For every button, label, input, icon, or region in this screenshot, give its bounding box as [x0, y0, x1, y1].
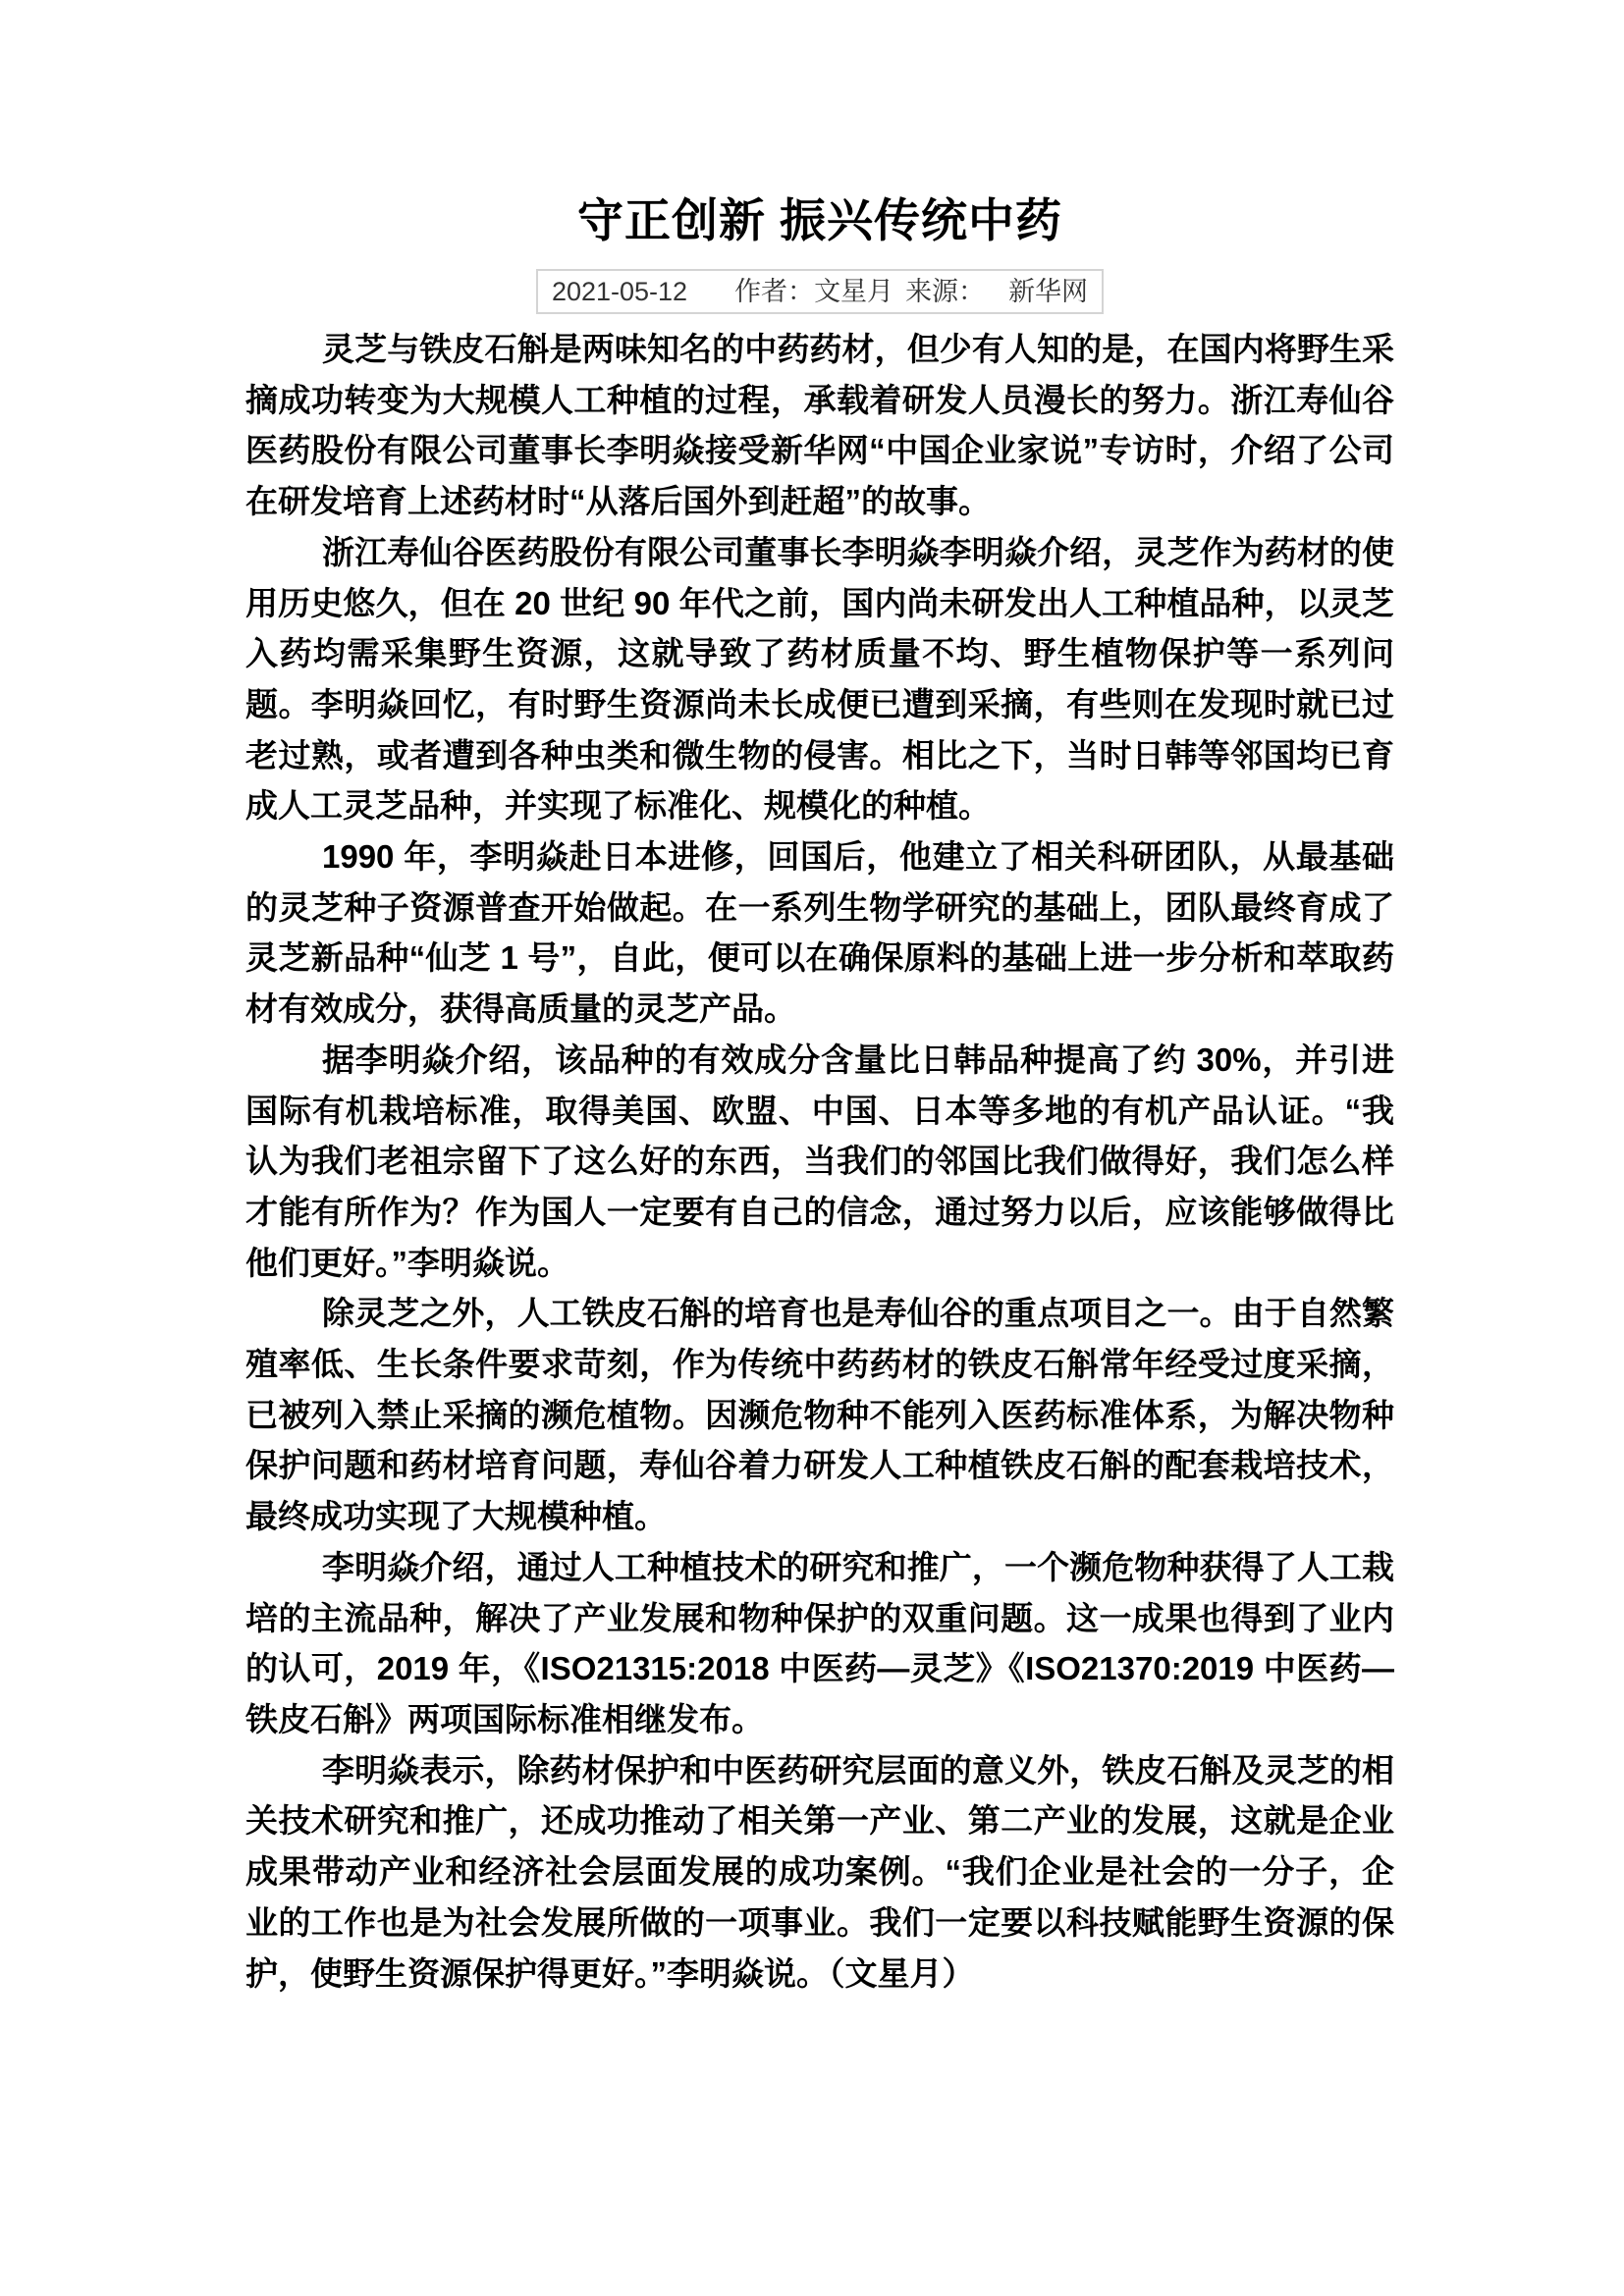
byline-source-label: 来源：: [905, 275, 985, 308]
paragraph: 李明焱表示，除药材保护和中医药研究层面的意义外，铁皮石斛及灵芝的相关技术研究和推…: [245, 1745, 1394, 2000]
article-body: 灵芝与铁皮石斛是两味知名的中药药材，但少有人知的是，在国内将野生采摘成功转变为大…: [245, 324, 1394, 1999]
paragraph: 据李明焱介绍，该品种的有效成分含量比日韩品种提高了约 30%，并引进国际有机栽培…: [245, 1035, 1394, 1289]
byline-author-name: 文星月: [814, 275, 893, 308]
paragraph: 1990 年，李明焱赴日本进修，回国后，他建立了相关科研团队，从最基础的灵芝种子…: [245, 831, 1394, 1035]
paragraph: 浙江寿仙谷医药股份有限公司董事长李明焱李明焱介绍，灵芝作为药材的使用历史悠久，但…: [245, 527, 1394, 831]
byline-date: 2021-05-12: [552, 275, 687, 308]
byline-source-name: 新华网: [1008, 275, 1088, 308]
paragraph: 李明焱介绍，通过人工种植技术的研究和推广，一个濒危物种获得了人工栽培的主流品种，…: [245, 1542, 1394, 1745]
byline-box: 2021-05-12 作者： 文星月 来源： 新华网: [536, 269, 1104, 314]
byline-author-label: 作者：: [734, 275, 814, 308]
document-page: 守正创新 振兴传统中药 2021-05-12 作者： 文星月 来源： 新华网 灵…: [0, 0, 1624, 2296]
paragraph: 灵芝与铁皮石斛是两味知名的中药药材，但少有人知的是，在国内将野生采摘成功转变为大…: [245, 324, 1394, 527]
paragraph: 除灵芝之外，人工铁皮石斛的培育也是寿仙谷的重点项目之一。由于自然繁殖率低、生长条…: [245, 1288, 1394, 1542]
article-title: 守正创新 振兴传统中药: [245, 187, 1394, 255]
